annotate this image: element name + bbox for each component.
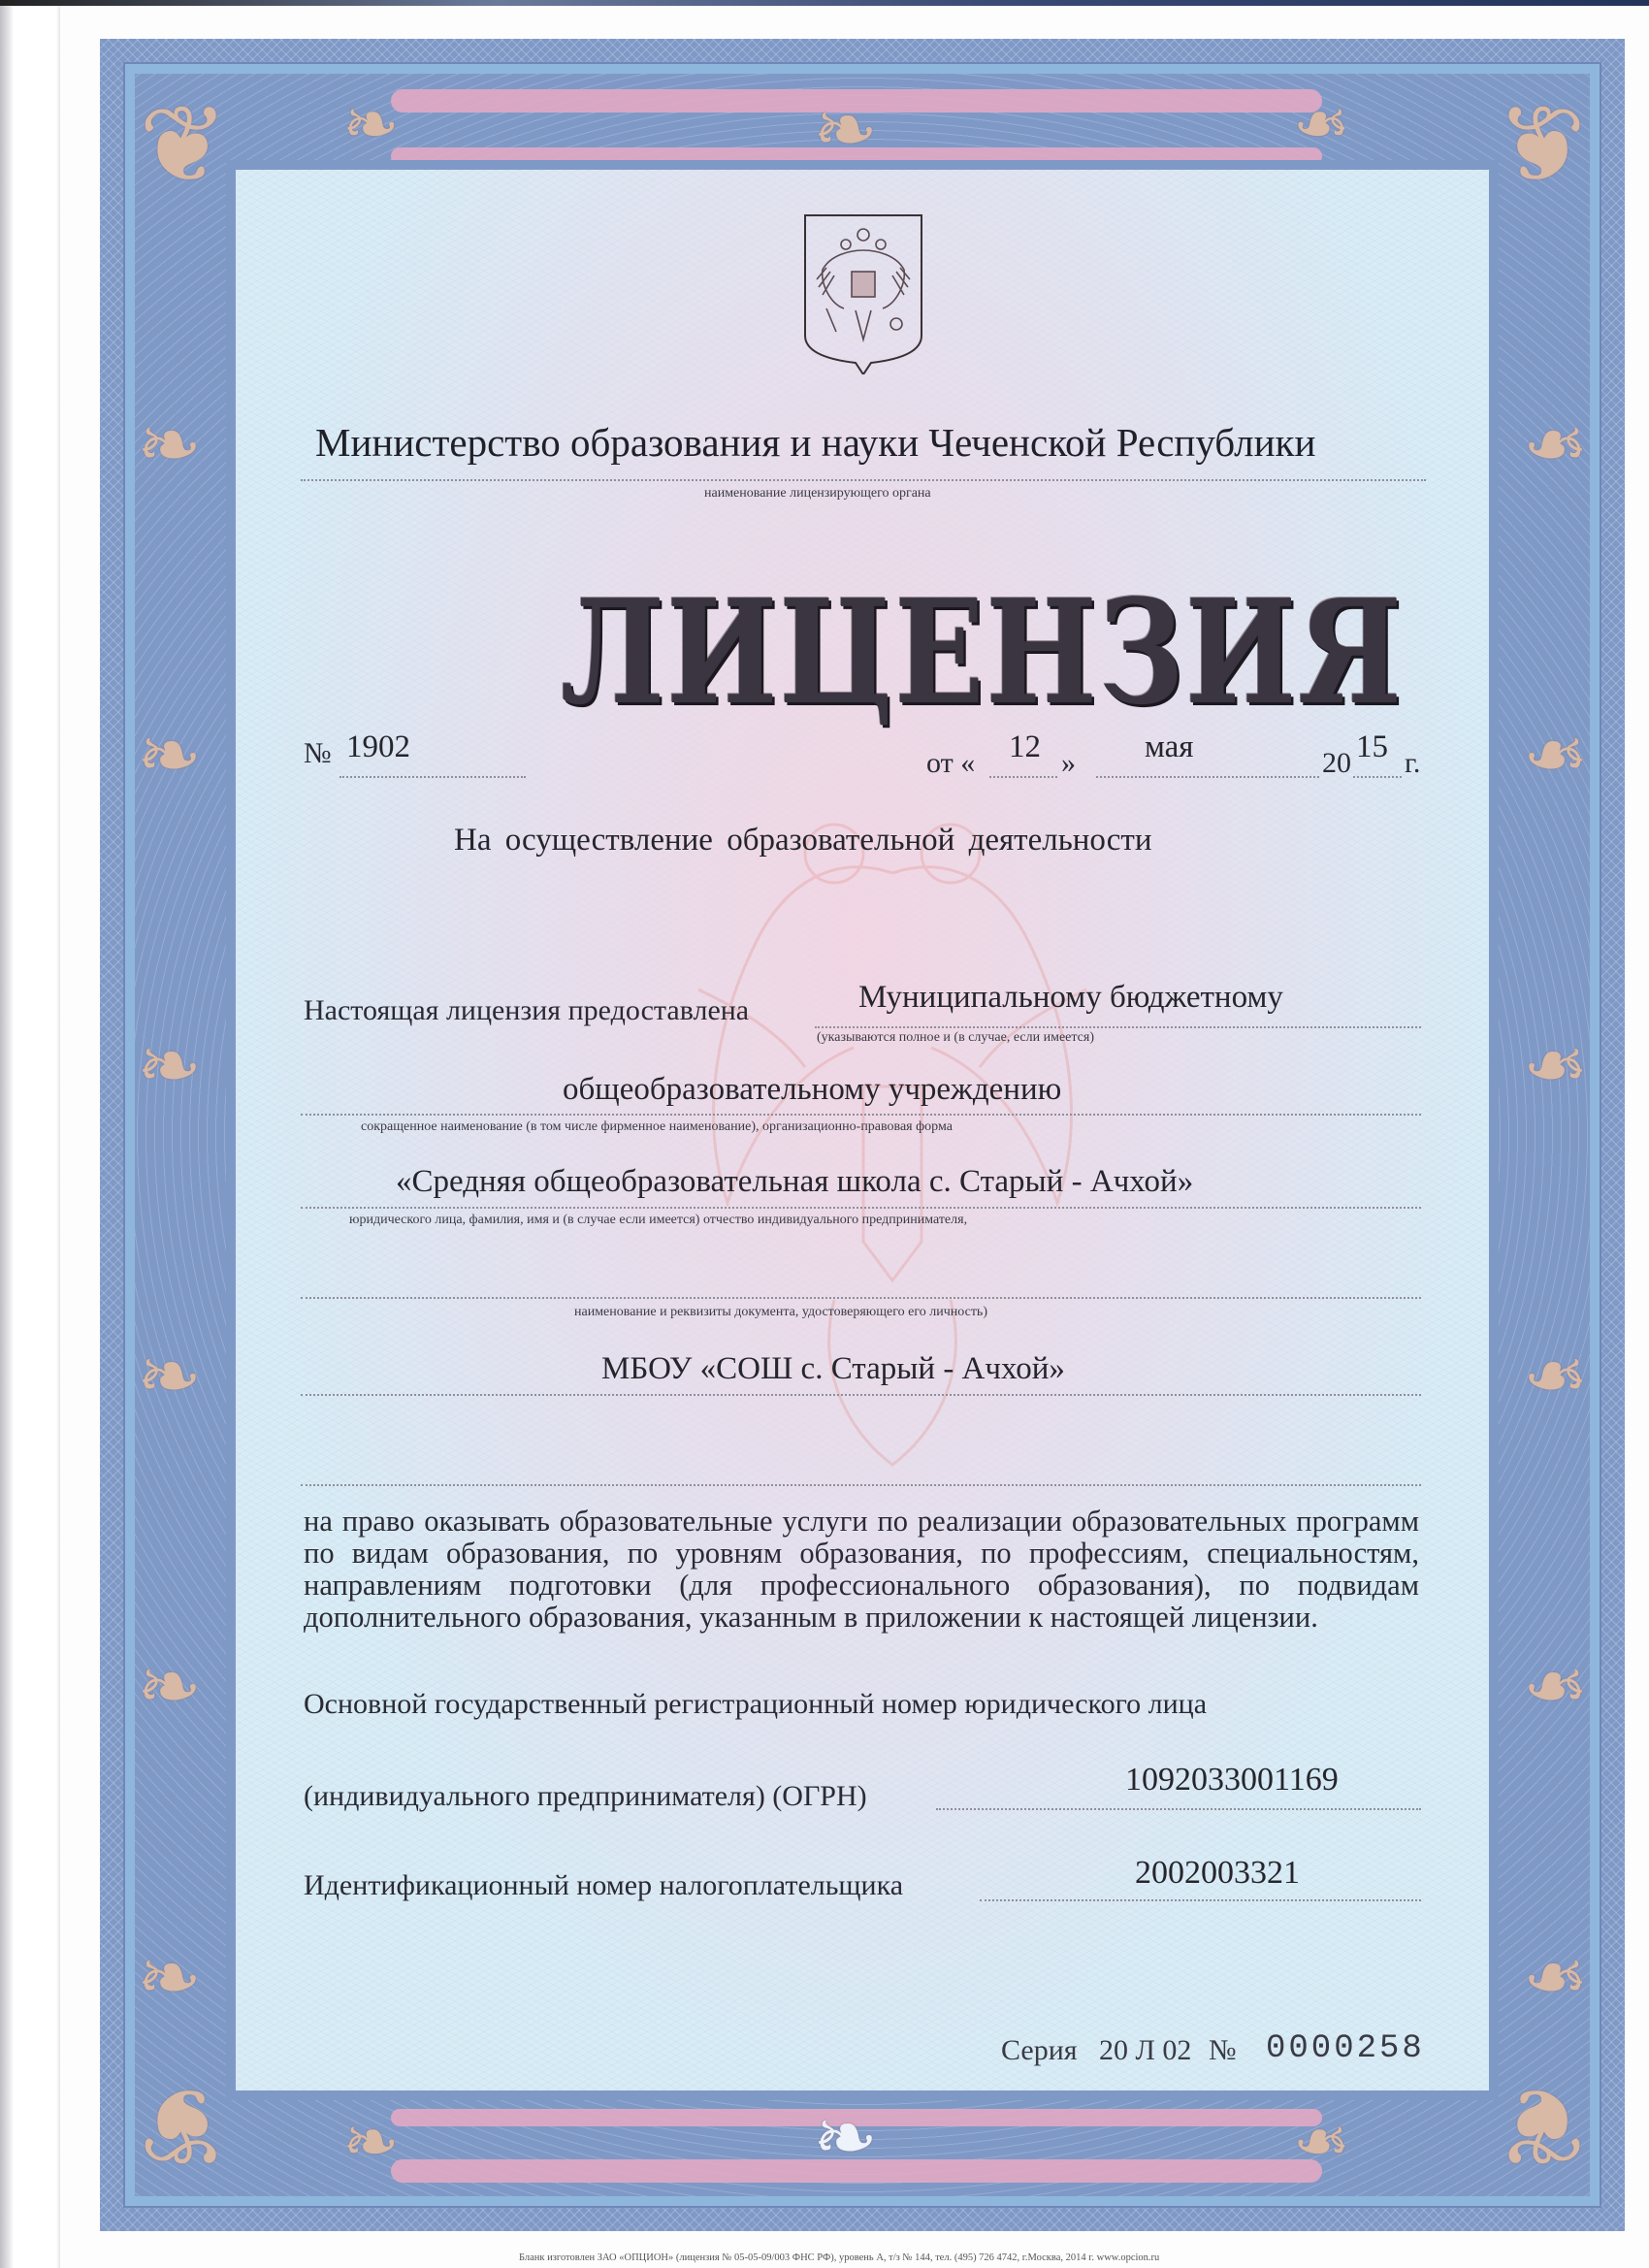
month-underline (1096, 776, 1319, 778)
corner-ornament-icon: ❦ (139, 92, 228, 199)
licensee-caption-4: наименование и реквизиты документа, удос… (574, 1305, 987, 1320)
licensee-line-2: общеобразовательному учреждению (563, 1072, 1061, 1108)
inn-value: 2002003321 (1135, 1855, 1300, 1892)
licensee-caption-2: сокращенное наименование (в том числе фи… (361, 1119, 953, 1135)
bottom-ornament-icon: ❧ (813, 2100, 878, 2178)
side-ornament-icon: ❧ (137, 1940, 202, 2018)
ogrn-value: 1092033001169 (1125, 1762, 1339, 1798)
year-unit: г. (1405, 747, 1420, 780)
year-underline (1353, 776, 1402, 778)
serial-number: 0000258 (1266, 2030, 1425, 2067)
date-month: мая (1145, 729, 1193, 765)
issuer-caption: наименование лицензирующего органа (704, 486, 931, 502)
short-name-underline (301, 1394, 1421, 1396)
day-underline (989, 776, 1057, 778)
date-day: 12 (1009, 729, 1041, 765)
serial-series: 20 Л 02 (1099, 2034, 1191, 2067)
rights-text: на право оказывать образовательные услуг… (304, 1506, 1419, 1634)
inn-label: Идентификационный номер налогоплательщик… (304, 1869, 903, 1902)
side-ornament-icon: ❧ (1523, 1649, 1588, 1727)
ogrn-underline (936, 1808, 1421, 1810)
licensee-caption-1: (указываются полное и (в случае, если им… (817, 1030, 1094, 1046)
number-sign: № (304, 737, 332, 770)
scanner-paper-edge (0, 0, 60, 2268)
granted-label: Настоящая лицензия предоставлена (304, 994, 749, 1027)
side-ornament-icon: ❧ (1523, 1339, 1588, 1416)
corner-ornament-icon: ❦ (139, 2071, 228, 2178)
licensee-underline-1 (815, 1026, 1421, 1028)
corner-ornament-icon: ❦ (1497, 2071, 1586, 2178)
issuer-name: Министерство образования и науки Чеченск… (315, 419, 1315, 466)
bottom-ornament-icon: ❧ (342, 2110, 400, 2178)
side-ornament-icon: ❧ (1523, 718, 1588, 795)
side-ornament-icon: ❧ (1523, 1940, 1588, 2018)
licensee-underline-3 (301, 1207, 1421, 1209)
blank-underline (301, 1484, 1421, 1486)
ogrn-label-1: Основной государственный регистрационный… (304, 1688, 1207, 1721)
licensee-line-1: Муниципальному бюджетному (858, 980, 1283, 1016)
licensee-short-name: МБОУ «СОШ с. Старый - Ачхой» (601, 1351, 1065, 1387)
side-ornament-icon: ❧ (137, 718, 202, 795)
corner-ornament-icon: ❦ (1497, 92, 1586, 199)
issuer-underline (301, 479, 1426, 481)
side-ornament-icon: ❧ (137, 1028, 202, 1106)
licensee-underline-4 (301, 1297, 1421, 1299)
top-ornament-icon: ❧ (813, 92, 878, 170)
serial-number-sign: № (1209, 2034, 1237, 2067)
licensee-line-3: «Средняя общеобразовательная школа с. Ст… (396, 1164, 1193, 1200)
printer-footer: Бланк изготовлен ЗАО «ОПЦИОН» (лицензия … (519, 2252, 1159, 2263)
side-ornament-icon: ❧ (137, 407, 202, 485)
scanner-top-edge (0, 0, 1649, 6)
date-year: 15 (1356, 729, 1388, 765)
bottom-ornament-icon: ❧ (1293, 2110, 1350, 2178)
side-ornament-icon: ❧ (137, 1649, 202, 1727)
coat-of-arms-icon (801, 211, 925, 374)
license-number: 1902 (346, 729, 410, 765)
inn-underline (980, 1899, 1421, 1901)
number-underline (339, 776, 526, 778)
activity-type: На осуществление образовательной деятель… (454, 823, 1151, 859)
year-prefix: 20 (1322, 747, 1351, 780)
side-ornament-icon: ❧ (1523, 407, 1588, 485)
top-ornament-icon: ❧ (342, 92, 400, 160)
date-prefix: от « (926, 747, 975, 780)
serial-label: Серия (1001, 2034, 1078, 2067)
side-ornament-icon: ❧ (1523, 1028, 1588, 1106)
top-ornament-icon: ❧ (1293, 92, 1350, 160)
licensee-caption-3: юридического лица, фамилия, имя и (в слу… (349, 1213, 967, 1228)
ogrn-label-2: (индивидуального предпринимателя) (ОГРН) (304, 1780, 867, 1813)
licensee-underline-2 (301, 1114, 1421, 1116)
date-close-quote: » (1061, 747, 1076, 780)
side-ornament-icon: ❧ (137, 1339, 202, 1416)
document-title: ЛИЦЕНЗИЯ (561, 567, 1404, 736)
